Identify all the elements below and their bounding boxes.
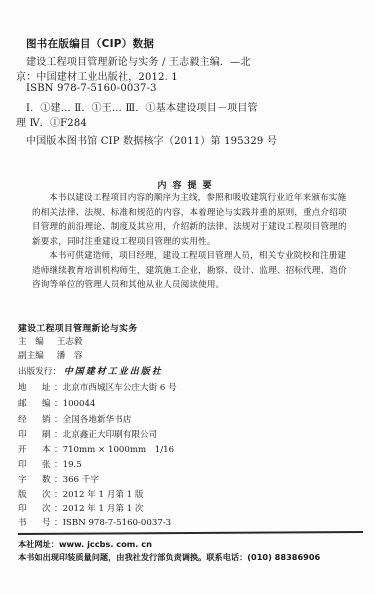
field-value: 北京市西城区车公庄大街 6 号 <box>63 383 177 393</box>
summary-paragraph: 本书可供建造师，项目经理，建设工程项目管理人员，相关专业院校和注册建 造师继续教… <box>32 249 344 293</box>
imprint-field-edition: 版次：2012 年 1 月第 1 版 <box>18 488 143 500</box>
imprint-field-isbn: 书号：ISBN 978-7-5160-0037-3 <box>18 516 171 528</box>
paragraph-line: 本书可供建造师，项目经理，建设工程项目管理人员，相关专业院校和注册建 <box>32 249 344 264</box>
cip-line: 京：中国建材工业出版社，2012. 1 <box>16 68 178 83</box>
field-label: 销 <box>42 413 54 425</box>
field-label: 编 <box>42 397 54 409</box>
quality-notice: 本书如出现印装质量问题，由我社发行部负责调换。联系电话：(010) 883869… <box>18 552 320 563</box>
paragraph-line: 目管理的前沿理论、制度及其应用，介绍新的法律、法规对于建设工程项目管理的 <box>32 220 344 235</box>
imprint-field-postcode: 邮编：100044 <box>18 397 95 409</box>
field-label: 印 <box>18 428 42 440</box>
field-label: 印 <box>18 502 42 514</box>
publisher-website: 本社网址：www. jccbs. com. cn <box>18 539 152 550</box>
field-value: 100044 <box>63 399 96 409</box>
summary-title: 内容提要 <box>0 178 375 191</box>
chief-editor-label: 主 编 <box>18 335 54 347</box>
field-label: 号 <box>42 516 54 528</box>
field-label: 数 <box>42 473 54 485</box>
imprint-field-printer: 印刷：北京鑫正大印刷有限公司 <box>18 428 157 440</box>
field-label: 书 <box>18 516 42 528</box>
paragraph-line: 的相关法律、法规、标准和规范的内容，本着理论与实践并重的原则，重点介绍项 <box>32 206 344 221</box>
paragraph-line: 本书以建设工程项目内容的顺序为主线，参照和吸收建筑行业近年来颁布实施 <box>32 191 344 206</box>
cip-heading: 图书在版编目（CIP）数据 <box>26 36 154 51</box>
field-label: 经 <box>18 413 42 425</box>
field-value: ISBN 978-7-5160-0037-3 <box>63 518 172 528</box>
cip-line: 建设工程项目管理新论与实务 / 王志毅主编．—北 <box>26 53 251 68</box>
field-label: 本 <box>42 443 54 455</box>
field-value: 2012 年 1 月第 1 版 <box>63 490 144 500</box>
paragraph-line: 咨询等单位的管理人员和其他从业人员阅读使用。 <box>32 278 344 293</box>
chief-editor: 主 编 王志毅 <box>18 335 83 347</box>
field-label: 开 <box>18 443 42 455</box>
copyright-page: 图书在版编目（CIP）数据 建设工程项目管理新论与实务 / 王志毅主编．—北 京… <box>0 0 375 595</box>
imprint-field-printing: 印次：2012 年 1 月第 1 次 <box>18 502 143 514</box>
field-label: 次 <box>42 488 54 500</box>
field-value: 366 千字 <box>63 475 99 485</box>
paragraph-line: 新要求，同时注重建设工程项目管理的实用性。 <box>32 235 344 250</box>
field-label: 址 <box>42 381 54 393</box>
imprint-field-sheets: 印张：19.5 <box>18 458 82 470</box>
field-value: 2012 年 1 月第 1 次 <box>63 504 144 514</box>
publisher-label: 出版发行： <box>18 367 61 377</box>
field-label: 次 <box>42 502 54 514</box>
chief-editor-value: 王志毅 <box>57 337 83 347</box>
field-label: 字 <box>18 473 42 485</box>
book-title: 建设工程项目管理新论与实务 <box>18 321 138 334</box>
cip-line: 中国版本图书馆 CIP 数据核字（2011）第 195329 号 <box>26 132 277 147</box>
field-value: 北京鑫正大印刷有限公司 <box>63 430 158 440</box>
field-label: 印 <box>18 458 42 470</box>
deputy-editor-label: 副主编 <box>18 349 54 361</box>
field-label: 刷 <box>42 428 54 440</box>
field-label: 邮 <box>18 397 42 409</box>
field-label: 张 <box>42 458 54 470</box>
field-value: 710mm × 1000mm 1/16 <box>63 445 174 455</box>
cip-isbn: ISBN 978-7-5160-0037-3 <box>26 83 157 94</box>
summary-paragraph: 本书以建设工程项目内容的顺序为主线，参照和吸收建筑行业近年来颁布实施 的相关法律… <box>32 191 344 249</box>
cip-line: 理 Ⅳ．①F284 <box>16 114 87 129</box>
publisher-logo: 中国建材工业出版社 <box>64 367 163 377</box>
deputy-editor: 副主编 潘 容 <box>18 349 83 361</box>
publisher: 出版发行： 中国建材工业出版社 <box>18 364 163 377</box>
imprint-field-format: 开本：710mm × 1000mm 1/16 <box>18 443 174 455</box>
field-label: 地 <box>18 381 42 393</box>
deputy-editor-value: 潘 容 <box>57 351 83 361</box>
field-value: 全国各地新华书店 <box>63 415 132 425</box>
cip-line: Ⅰ．①建… Ⅱ．①王… Ⅲ．①基本建设项目－项目管 <box>26 99 258 114</box>
field-label: 版 <box>18 488 42 500</box>
divider-rule <box>18 531 363 535</box>
field-value: 19.5 <box>63 460 82 470</box>
imprint-field-word-count: 字数：366 千字 <box>18 473 99 485</box>
imprint-field-address: 地址：北京市西城区车公庄大街 6 号 <box>18 381 177 393</box>
paragraph-line: 造师继续教育培训机构师生，建筑施工企业，勘察、设计、监理、招标代理、造价 <box>32 264 344 279</box>
imprint-field-distributor: 经销：全国各地新华书店 <box>18 413 131 425</box>
